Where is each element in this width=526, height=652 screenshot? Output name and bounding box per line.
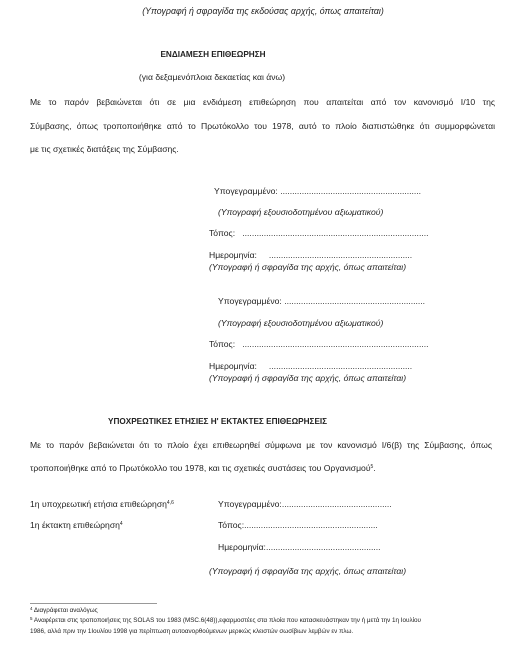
mandatory-place-field: Τόπος:..................................… — [218, 520, 378, 530]
officer-signature-caption: (Υπογραφή εξουσιοδοτημένου αξιωματικού) — [218, 318, 383, 328]
footnote-separator — [30, 603, 157, 604]
date-dotted-line[interactable]: ........................................… — [269, 361, 412, 371]
date-label: Ημερομηνία: — [209, 250, 257, 260]
interim-survey-subheading: (για δεξαμενόπλοια δεκαετίας και άνω) — [0, 72, 526, 82]
place-label: Τόπος: — [209, 228, 235, 238]
issuing-authority-caption: (Υπογραφή ή σφραγίδα της εκδούσας αρχής,… — [0, 6, 526, 16]
mandatory-signed-field: Υπογεγραμμένο:..........................… — [218, 499, 392, 509]
signed-label: Υπογεγραμμένο: — [218, 499, 282, 509]
footnote-text: Αναφέρεται στις τροποποιήσεις της SOLAS … — [33, 617, 421, 624]
mandatory-date-field: Ημερομηνία:.............................… — [218, 542, 381, 552]
footnote-4: 4 Διαγράφεται αναλόγως — [30, 607, 98, 614]
date-label: Ημερομηνία: — [218, 542, 266, 552]
mandatory-paragraph-line-2: τροποποιήθηκε από το Πρωτόκολλο του 1978… — [30, 463, 376, 473]
signed-label: Υπογεγραμμένο: — [218, 296, 282, 306]
date-label: Ημερομηνία: — [209, 361, 257, 371]
survey-item-annual: 1η υποχρεωτική ετήσια επιθεώρηση4,6 — [30, 499, 174, 509]
place-label: Τόπος: — [209, 339, 235, 349]
place-dotted-line[interactable]: ........................................… — [242, 228, 428, 238]
signed-dotted-line[interactable]: ........................................… — [284, 296, 425, 306]
signed-field: Υπογεγραμμένο: .........................… — [214, 186, 421, 196]
mandatory-paragraph-line-1: Με το παρόν βεβαιώνεται ότι το πλοίο έχε… — [30, 440, 492, 450]
survey-item-label: 1η υποχρεωτική ετήσια επιθεώρηση — [30, 499, 167, 509]
authority-signature-caption: (Υπογραφή ή σφραγίδα της αρχής, όπως απα… — [209, 373, 406, 383]
survey-item-extraordinary: 1η έκτακτη επιθεώρηση4 — [30, 520, 123, 530]
footnote-5-continued: 1986, αλλά πριν την 1Ιουλίου 1998 για πε… — [30, 628, 353, 635]
footnote-text: Διαγράφεται αναλόγως — [33, 607, 98, 614]
mandatory-authority-caption: (Υπογραφή ή σφραγίδα της αρχής, όπως απα… — [209, 566, 406, 576]
interim-paragraph-line-1: Με το παρόν βεβαιώνεται ότι σε μια ενδιά… — [30, 97, 495, 107]
date-field: Ημερομηνία: ............................… — [209, 250, 412, 260]
signed-label: Υπογεγραμμένο: — [214, 186, 278, 196]
interim-paragraph-line-3: με τις σχετικές διατάξεις της Σύμβασης. — [30, 144, 179, 154]
mandatory-paragraph-text: τροποποιήθηκε από το Πρωτόκολλο του 1978… — [30, 463, 371, 473]
period: . — [373, 463, 375, 473]
signed-dotted-line[interactable]: ........................................… — [282, 499, 392, 509]
place-label: Τόπος: — [218, 520, 244, 530]
signed-field: Υπογεγραμμένο: .........................… — [218, 296, 425, 306]
date-dotted-line[interactable]: ........................................… — [266, 542, 381, 552]
mandatory-surveys-heading: ΥΠΟΧΡΕΩΤΙΚΕΣ ΕΤΗΣΙΕΣ Η' ΕΚΤΑΚΤΕΣ ΕΠΙΘΕΩΡ… — [108, 417, 327, 426]
place-dotted-line[interactable]: ........................................… — [244, 520, 378, 530]
footnote-ref[interactable]: 4,6 — [167, 500, 174, 506]
officer-signature-caption: (Υπογραφή εξουσιοδοτημένου αξιωματικού) — [218, 207, 383, 217]
survey-item-label: 1η έκτακτη επιθεώρηση — [30, 520, 120, 530]
place-field: Τόπος: .................................… — [209, 339, 429, 349]
place-field: Τόπος: .................................… — [209, 228, 429, 238]
place-dotted-line[interactable]: ........................................… — [242, 339, 428, 349]
authority-signature-caption: (Υπογραφή ή σφραγίδα της αρχής, όπως απα… — [209, 262, 406, 272]
interim-survey-heading: ΕΝΔΙΑΜΕΣΗ ΕΠΙΘΕΩΡΗΣΗ — [0, 50, 526, 59]
footnote-ref[interactable]: 4 — [120, 521, 123, 527]
footnote-5: 5 Αναφέρεται στις τροποποιήσεις της SOLA… — [30, 617, 421, 624]
date-field: Ημερομηνία: ............................… — [209, 361, 412, 371]
date-dotted-line[interactable]: ........................................… — [269, 250, 412, 260]
interim-paragraph-line-2: Σύμβασης, όπως τροποποιήθηκε από το Πρωτ… — [30, 121, 495, 131]
signed-dotted-line[interactable]: ........................................… — [280, 186, 421, 196]
